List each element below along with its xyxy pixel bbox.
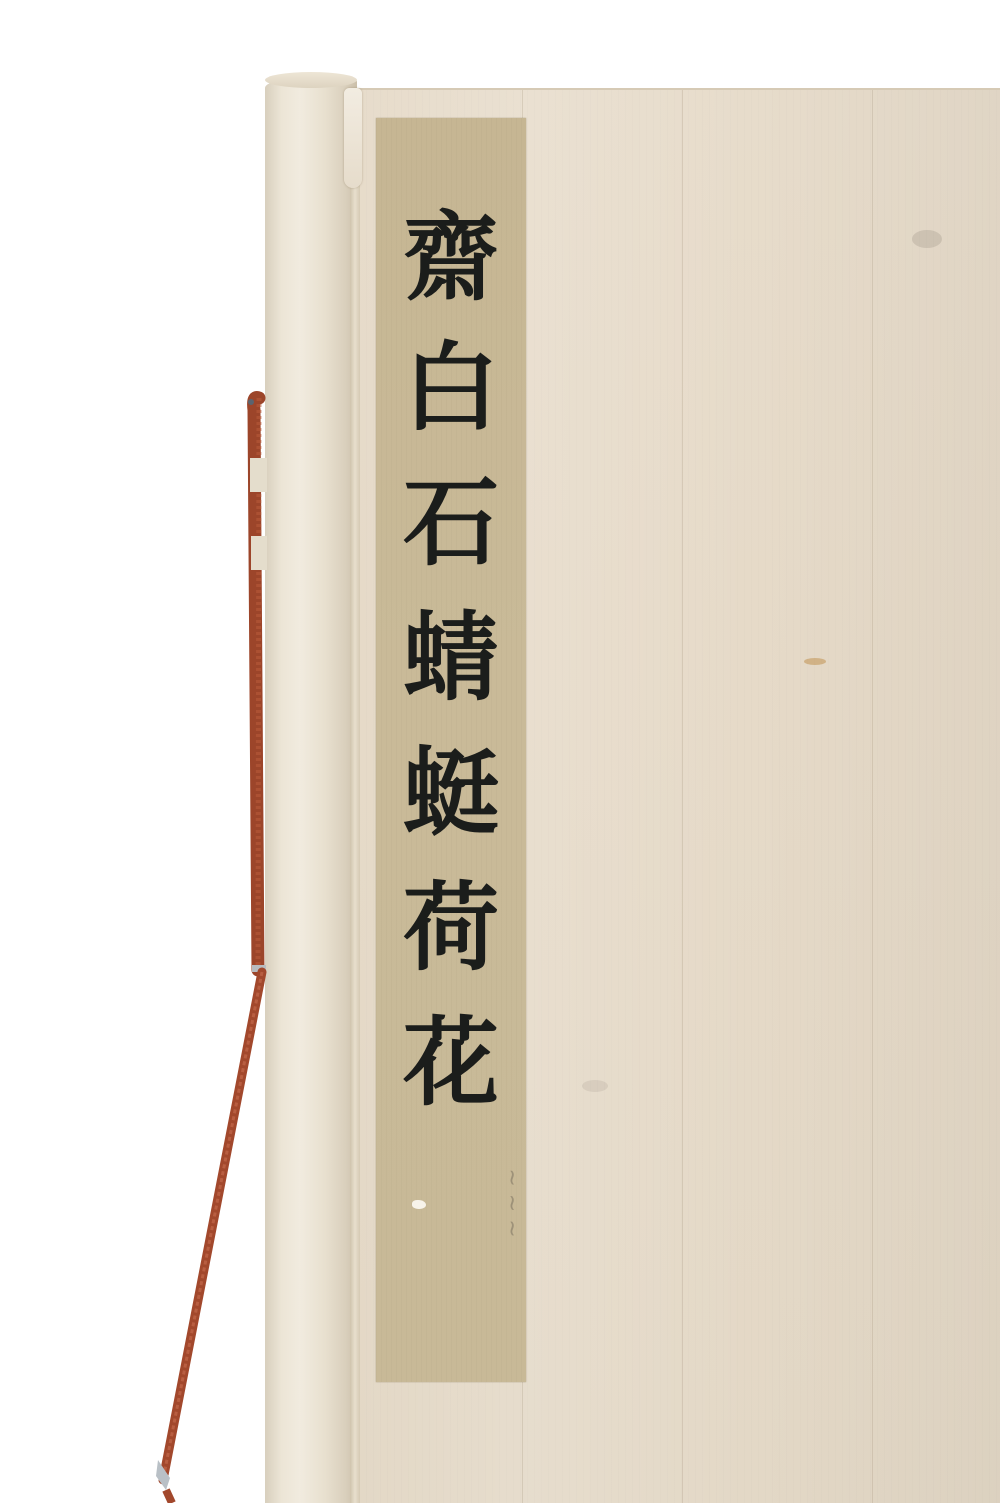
hanging-cord — [0, 0, 1000, 1503]
scroll-photo: 齋 白 石 蜻 蜓 荷 花 ~ ~ ~ — [0, 0, 1000, 1503]
